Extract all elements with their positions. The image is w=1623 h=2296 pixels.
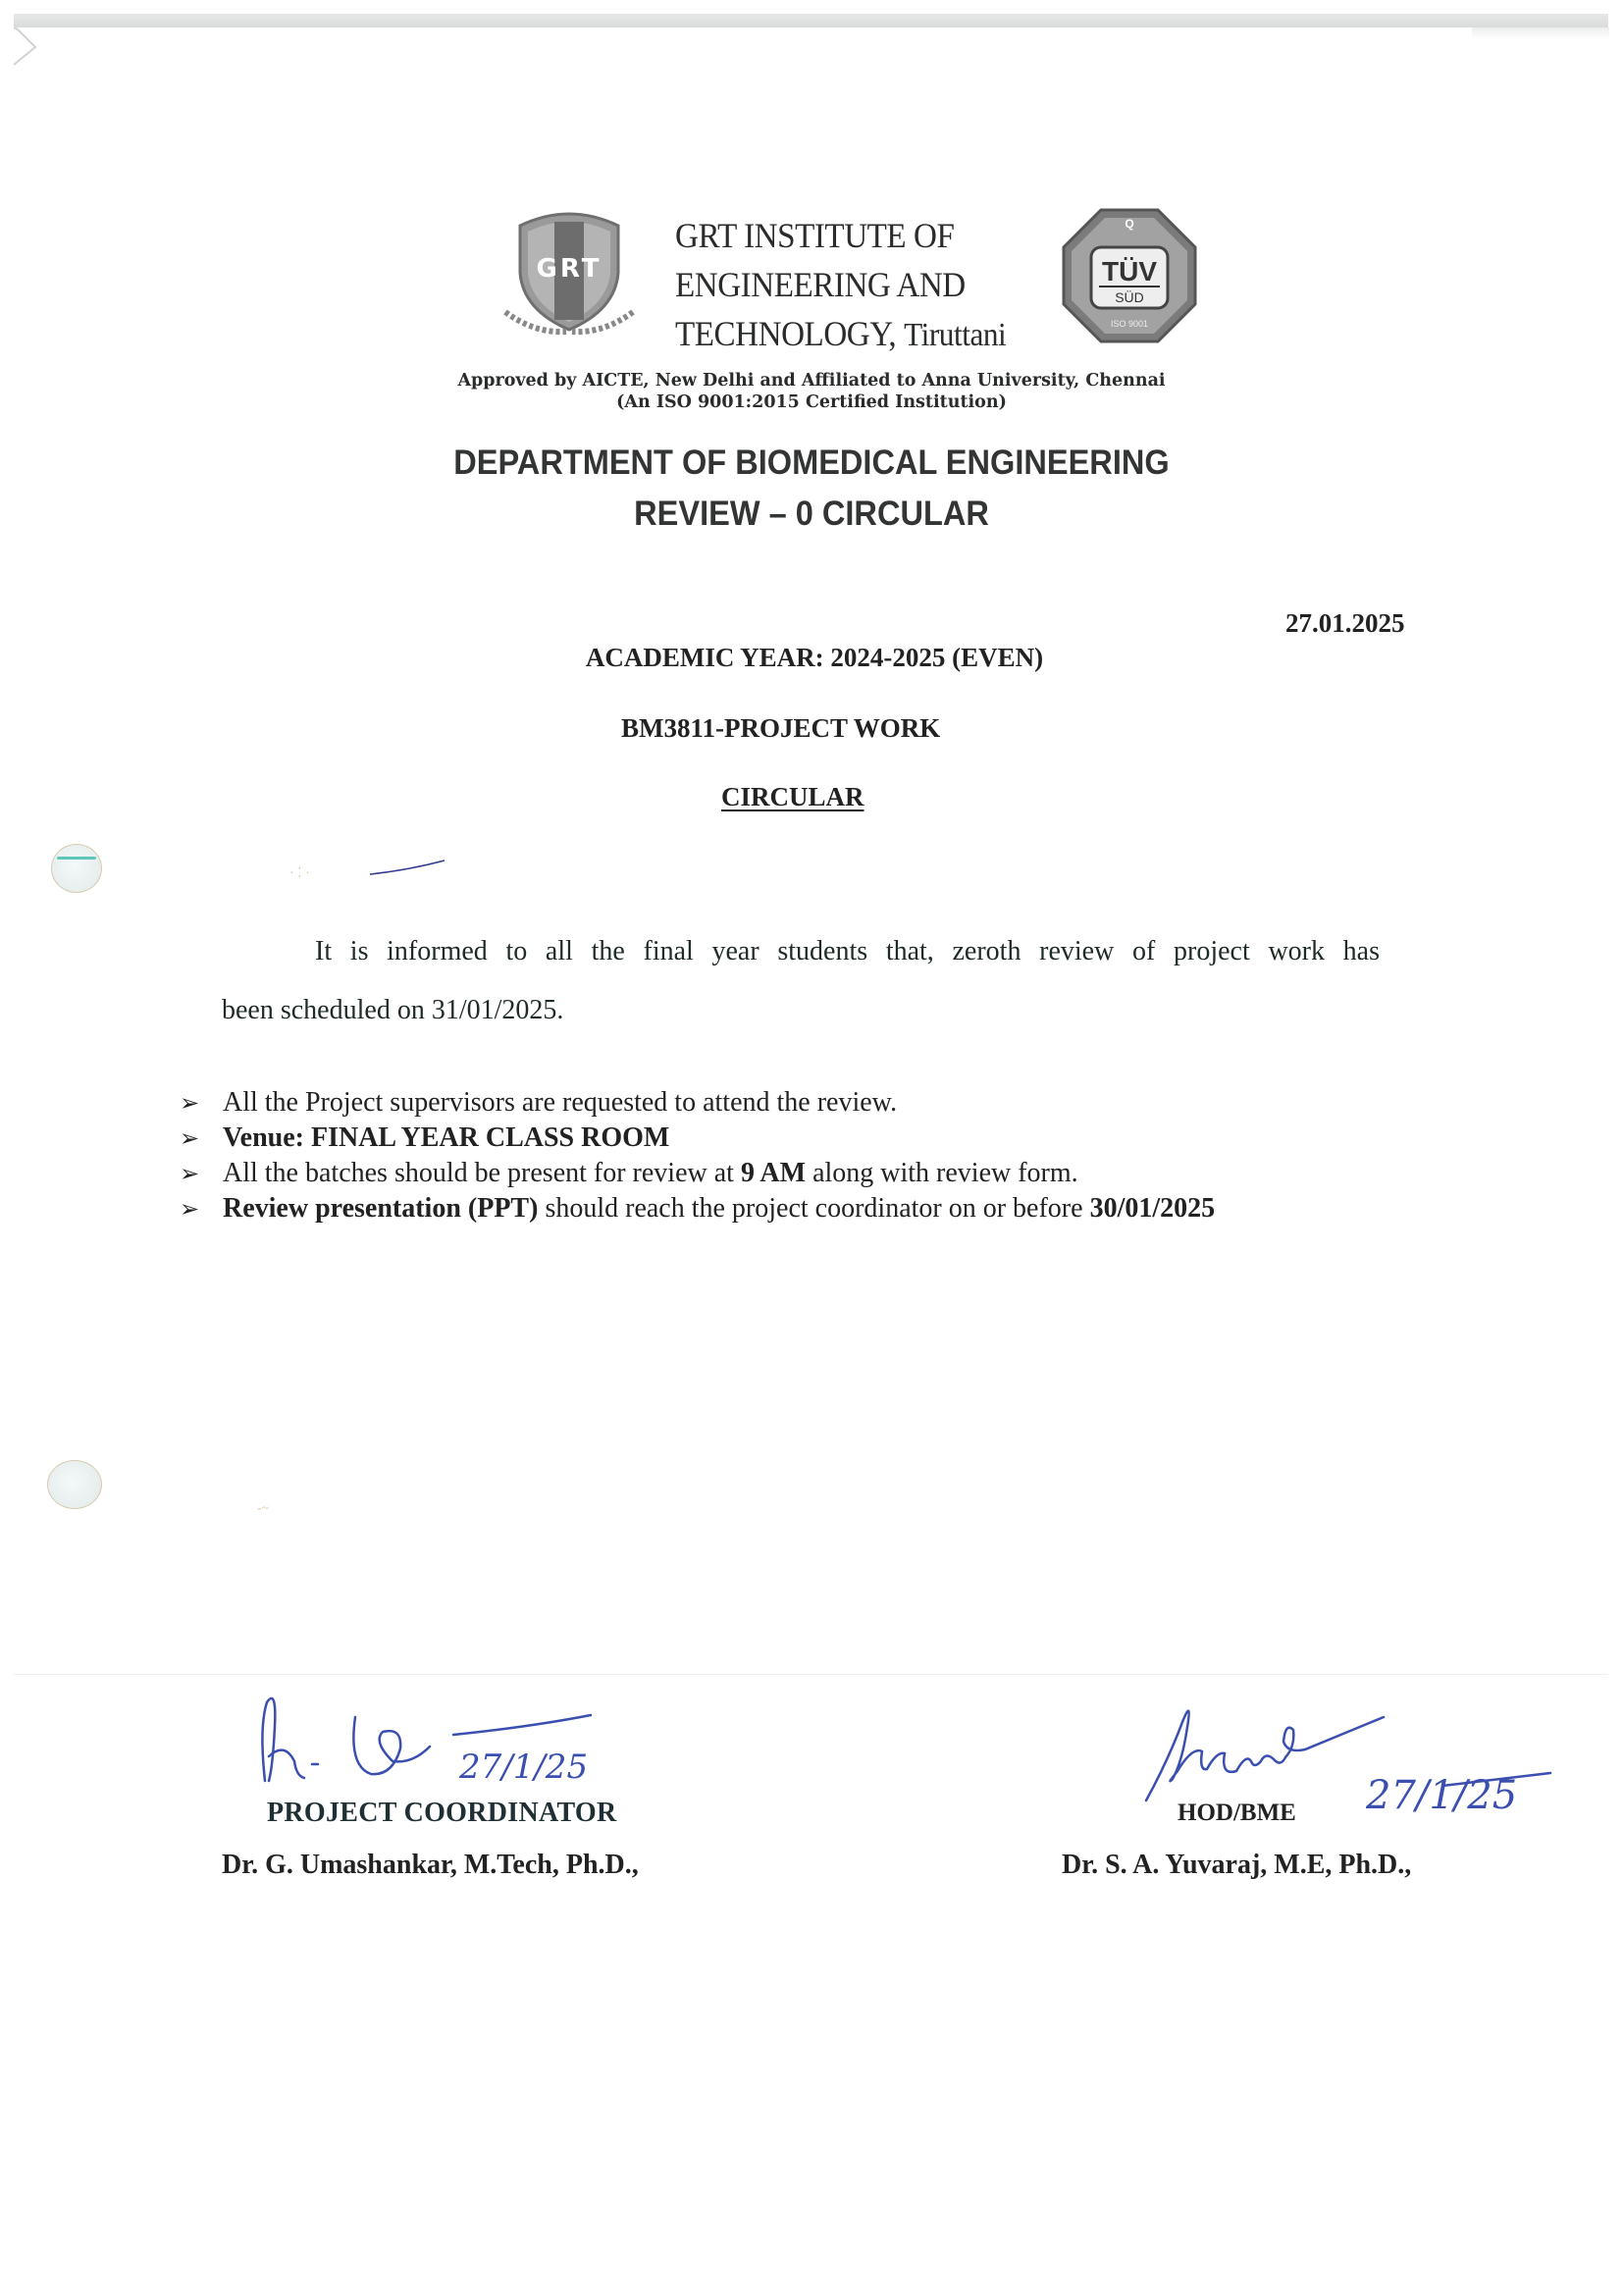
svg-text:27/1/25: 27/1/25: [458, 1748, 588, 1787]
circular-paragraph: It is informed to all the final year stu…: [222, 922, 1380, 1040]
tuv-sud-certification-icon: TÜV SÜD ISO 9001 Q: [1062, 208, 1197, 343]
svg-text:GRT: GRT: [537, 254, 602, 284]
ppt-deadline: 30/01/2025: [1090, 1193, 1216, 1224]
ppt-label: Review presentation (PPT): [223, 1193, 538, 1224]
arrow-bullet-icon: ➢: [180, 1085, 223, 1121]
institute-name: GRT INSTITUTE OF ENGINEERING AND TECHNOL…: [675, 211, 1006, 360]
academic-year: ACADEMIC YEAR: 2024-2025 (EVEN): [0, 643, 1623, 673]
folded-corner-icon: [14, 27, 41, 73]
svg-text:27/1/25: 27/1/25: [1365, 1773, 1517, 1818]
coordinator-signature: 27/1/25: [245, 1688, 657, 1796]
paragraph-line-2: been scheduled on 31/01/2025.: [222, 981, 1380, 1040]
scan-speck: · ⁚ ·: [289, 865, 310, 882]
approval-line: Approved by AICTE, New Delhi and Affilia…: [0, 370, 1623, 391]
hod-role: HOD/BME: [1178, 1800, 1296, 1827]
circular-date: 27.01.2025: [1285, 608, 1405, 639]
arrow-bullet-icon: ➢: [180, 1156, 223, 1191]
approval-statement: Approved by AICTE, New Delhi and Affilia…: [0, 370, 1623, 413]
list-item: ➢Venue: FINAL YEAR CLASS ROOM: [180, 1121, 1455, 1156]
list-item-text: along with review form.: [806, 1158, 1078, 1188]
list-item-text: should reach the project coordinator on …: [538, 1193, 1089, 1224]
svg-text:TÜV: TÜV: [1102, 256, 1157, 287]
scan-top-edge: [14, 14, 1608, 27]
paragraph-line-1: It is informed to all the final year stu…: [315, 936, 1380, 966]
pen-mark: [368, 859, 446, 878]
scan-speck: -~: [257, 1501, 269, 1517]
instruction-list: ➢All the Project supervisors are request…: [180, 1085, 1455, 1226]
list-item-text: All the batches should be present for re…: [223, 1158, 741, 1188]
hod-name: Dr. S. A. Yuvaraj, M.E, Ph.D.,: [1062, 1850, 1411, 1881]
list-item: ➢All the batches should be present for r…: [180, 1156, 1455, 1191]
list-item: ➢Review presentation (PPT) should reach …: [180, 1191, 1455, 1226]
circular-heading: CIRCULAR: [721, 782, 864, 812]
arrow-bullet-icon: ➢: [180, 1191, 223, 1226]
institute-city: Tiruttani: [904, 317, 1006, 353]
iso-certification-line: (An ISO 9001:2015 Certified Institution): [0, 391, 1623, 413]
punch-hole: [51, 844, 102, 893]
arrow-bullet-icon: ➢: [180, 1121, 223, 1156]
course-code: BM3811-PROJECT WORK: [621, 713, 940, 744]
svg-text:Q: Q: [1125, 217, 1133, 231]
institute-name-line-1: GRT INSTITUTE OF: [675, 211, 1006, 260]
svg-text:ISO 9001: ISO 9001: [1111, 319, 1148, 329]
punch-hole: [47, 1460, 102, 1509]
institute-name-line-2: ENGINEERING AND: [675, 260, 1006, 309]
svg-text:SÜD: SÜD: [1115, 288, 1144, 305]
list-item-text: All the Project supervisors are requeste…: [223, 1087, 897, 1118]
institute-name-line-3: TECHNOLOGY,: [675, 314, 896, 353]
venue-text: Venue: FINAL YEAR CLASS ROOM: [223, 1122, 669, 1153]
department-name: DEPARTMENT OF BIOMEDICAL ENGINEERING: [57, 438, 1566, 489]
scan-edge-fade: [1472, 27, 1609, 39]
list-item: ➢All the Project supervisors are request…: [180, 1085, 1455, 1121]
coordinator-role: PROJECT COORDINATOR: [267, 1798, 617, 1829]
coordinator-name: Dr. G. Umashankar, M.Tech, Ph.D.,: [222, 1850, 639, 1881]
review-time: 9 AM: [741, 1158, 806, 1188]
grt-shield-logo-icon: GRT: [496, 204, 643, 341]
document-title: REVIEW – 0 CIRCULAR: [57, 489, 1566, 540]
scan-fold-line: [14, 1674, 1608, 1675]
department-heading: DEPARTMENT OF BIOMEDICAL ENGINEERING REV…: [57, 438, 1566, 540]
